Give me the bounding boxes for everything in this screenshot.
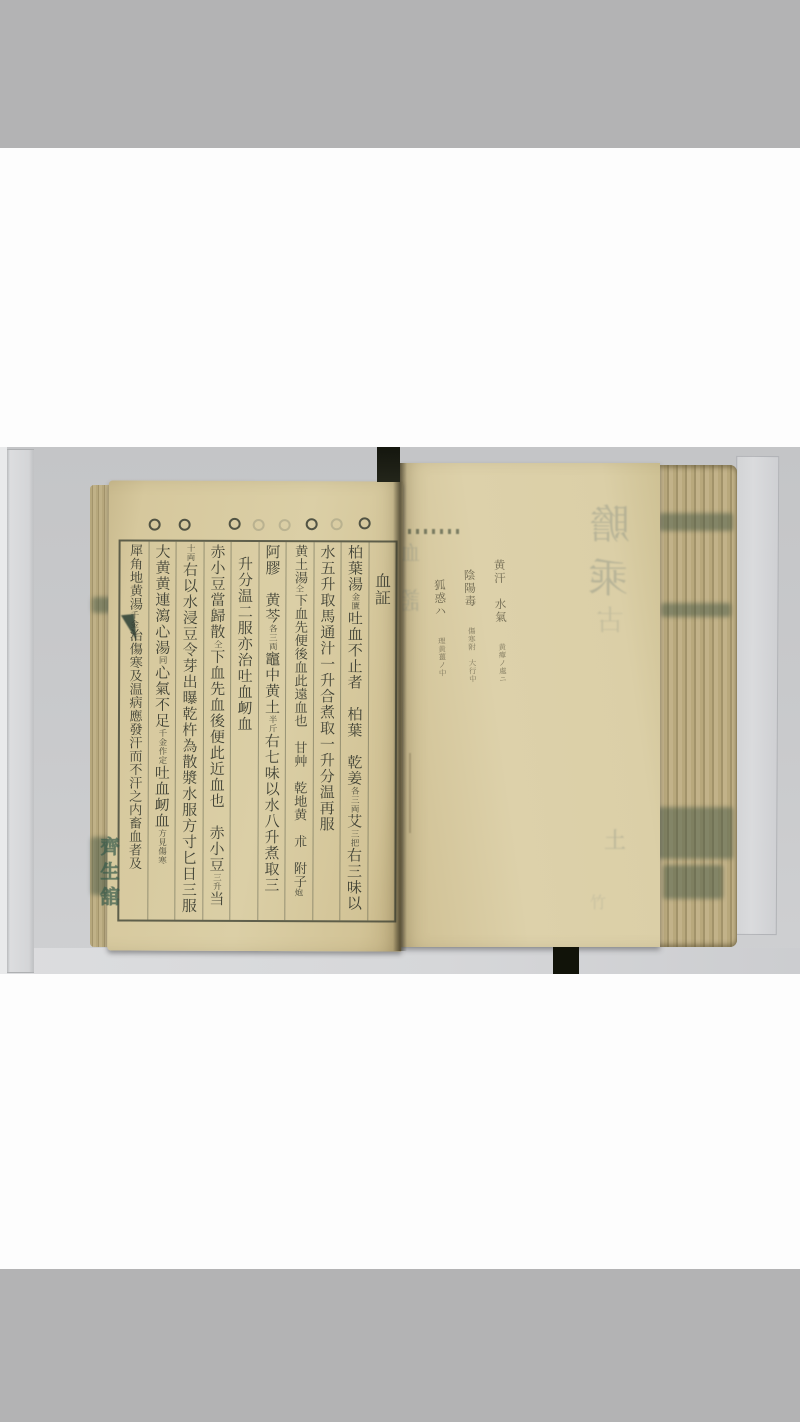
page-crease <box>409 753 411 833</box>
text-column: 黄土湯仝下血先便後血此遠血也 甘艸 乾地黄 朮 附子炮 <box>284 542 313 920</box>
bleed-through-text: 竹 <box>590 895 606 911</box>
column-text: 阿膠 黄芩 <box>263 544 281 624</box>
stitch-dots <box>408 529 460 534</box>
left-background-sliver <box>0 447 7 974</box>
text-column: 十両右以水浸豆令芽出曝乾杵為散漿水服方寸匕日三服 <box>174 542 203 920</box>
column-text: 吐血不止者 柏葉 乾姜 <box>345 610 364 786</box>
text-column: 水五升取馬通汁一升合煮取一升分温再服 <box>312 542 341 920</box>
book-strap-bottom <box>553 947 579 974</box>
top-gray-band <box>0 0 800 148</box>
column-text: 黄土湯 <box>292 544 307 584</box>
column-note: 三把 <box>349 829 359 847</box>
reading-mark-circle <box>229 518 241 530</box>
ink-stain <box>663 865 723 899</box>
ink-stain <box>661 603 731 617</box>
text-column: 阿膠 黄芩各三両竈中黄土半斤右七味以水八升煮取三 <box>257 542 286 920</box>
bleed-through-text: 古 <box>596 607 624 635</box>
reading-mark-circle-faint <box>253 519 265 531</box>
ink-stain <box>657 807 733 859</box>
text-column-title: 血証 <box>367 542 396 920</box>
text-column: 柏葉湯金匱吐血不止者 柏葉 乾姜各三両艾三把右三味以 <box>339 542 368 920</box>
text-column: 赤小豆當歸散仝下血先血後便此近血也 赤小豆三升当歸 <box>202 542 231 920</box>
column-text: 右三味以 <box>345 847 363 911</box>
library-stamp: 齊生舘 <box>95 836 122 911</box>
column-text: 右七味以水八升煮取三 <box>262 733 281 893</box>
column-note: 同 <box>157 656 167 665</box>
bleed-through-text: 乘 <box>588 559 628 599</box>
ruled-text-frame: 血証 柏葉湯金匱吐血不止者 柏葉 乾姜各三両艾三把右三味以 水五升取馬通汁一升合… <box>117 540 397 923</box>
handwritten-annotation: 黄汗 水氣 黄癉ノ處ニ <box>490 559 512 683</box>
annotation-main-text: 陰陽毒 <box>463 569 478 608</box>
column-text: 赤小豆當歸散 <box>208 544 226 640</box>
text-column: 犀角地黄湯千金治傷寒及温病應發汗而不汗之内畜血者及 <box>119 542 148 920</box>
reading-mark-circle <box>149 519 161 531</box>
column-note: 十両 <box>185 544 195 562</box>
column-text: 柏葉湯 <box>346 544 364 592</box>
section-title: 血証 <box>372 572 391 606</box>
reading-mark-circle <box>359 517 371 529</box>
column-note: 千金作定 <box>157 729 167 765</box>
table-surface <box>0 948 800 974</box>
right-page: 血 證 贍 乘 古 土 竹 黄汗 水氣 黄癉ノ處ニ 陰陽毒 傷寒附 大行中 狐惑… <box>400 463 660 947</box>
handwritten-annotation: 陰陽毒 傷寒附 大行中 <box>461 569 483 683</box>
column-text: 治傷寒及温病應發汗而不汗之内畜血者及 <box>126 629 142 870</box>
annotation-sub-text: 黄癉ノ處ニ <box>498 643 508 683</box>
column-text: 艾 <box>345 813 363 829</box>
column-note: 方見傷寒 <box>156 829 166 865</box>
manuscript-photo: 血 證 贍 乘 古 土 竹 黄汗 水氣 黄癉ノ處ニ 陰陽毒 傷寒附 大行中 狐惑… <box>0 447 800 974</box>
reading-mark-circle <box>179 519 191 531</box>
bleed-through-text: 土 <box>604 831 626 853</box>
column-note: 三升 <box>211 873 221 891</box>
annotation-main-text: 黄汗 水氣 <box>492 559 508 624</box>
column-note: 仝 <box>294 584 304 593</box>
handwritten-annotation: 狐惑ハ 理黄薑ノ中 <box>431 579 453 677</box>
column-text: 升分温二服亦治吐血衂血 <box>235 556 254 732</box>
column-text: 右以水浸豆令芽出曝乾杵為散漿水服方寸匕日三服 <box>180 562 199 914</box>
annotation-sub-text: 理黄薑ノ中 <box>437 637 447 677</box>
book-strap-top <box>377 447 400 482</box>
column-note: 各三両 <box>349 786 359 813</box>
right-acrylic-sheet <box>734 456 780 935</box>
reading-mark-circle-faint <box>331 518 343 530</box>
column-text: 大黄黄連瀉心湯 <box>153 544 171 656</box>
reading-mark-circle-faint <box>279 519 291 531</box>
column-note: 半斤 <box>267 715 277 733</box>
column-text: 下血先血後便此近血也 赤小豆 <box>207 649 226 873</box>
annotation-main-text: 狐惑ハ <box>433 579 448 618</box>
book-gutter <box>393 463 407 951</box>
left-page: 血証 柏葉湯金匱吐血不止者 柏葉 乾姜各三両艾三把右三味以 水五升取馬通汁一升合… <box>107 480 403 951</box>
left-acrylic-strip <box>7 449 34 973</box>
annotation-sub-text: 傷寒附 大行中 <box>467 627 477 683</box>
column-text: 吐血衂血 <box>153 765 171 829</box>
column-text: 心氣不足 <box>153 665 171 729</box>
reading-mark-circle <box>306 518 318 530</box>
column-note: 各三両 <box>267 624 277 651</box>
column-note: 仝 <box>212 640 222 649</box>
bleed-through-text: 贍 <box>590 505 630 545</box>
text-column: 大黄黄連瀉心湯同心氣不足千金作定吐血衂血方見傷寒 <box>147 542 176 920</box>
column-note: 金匱 <box>350 592 360 610</box>
ink-stain <box>659 513 733 531</box>
column-text: 犀角地黄湯 <box>127 544 142 611</box>
column-text: 水五升取馬通汁一升合煮取一升分温再服 <box>318 544 337 832</box>
column-text: 下血先便後血此遠血也 甘艸 乾地黄 朮 附子 <box>291 593 307 888</box>
text-column: 升分温二服亦治吐血衂血 <box>229 542 258 920</box>
right-fore-edge-stack <box>655 465 737 947</box>
bottom-gray-band <box>0 1269 800 1422</box>
column-text: 竈中黄土 <box>263 651 281 715</box>
column-note: 炮 <box>293 888 303 897</box>
column-note: 千金 <box>129 611 139 629</box>
